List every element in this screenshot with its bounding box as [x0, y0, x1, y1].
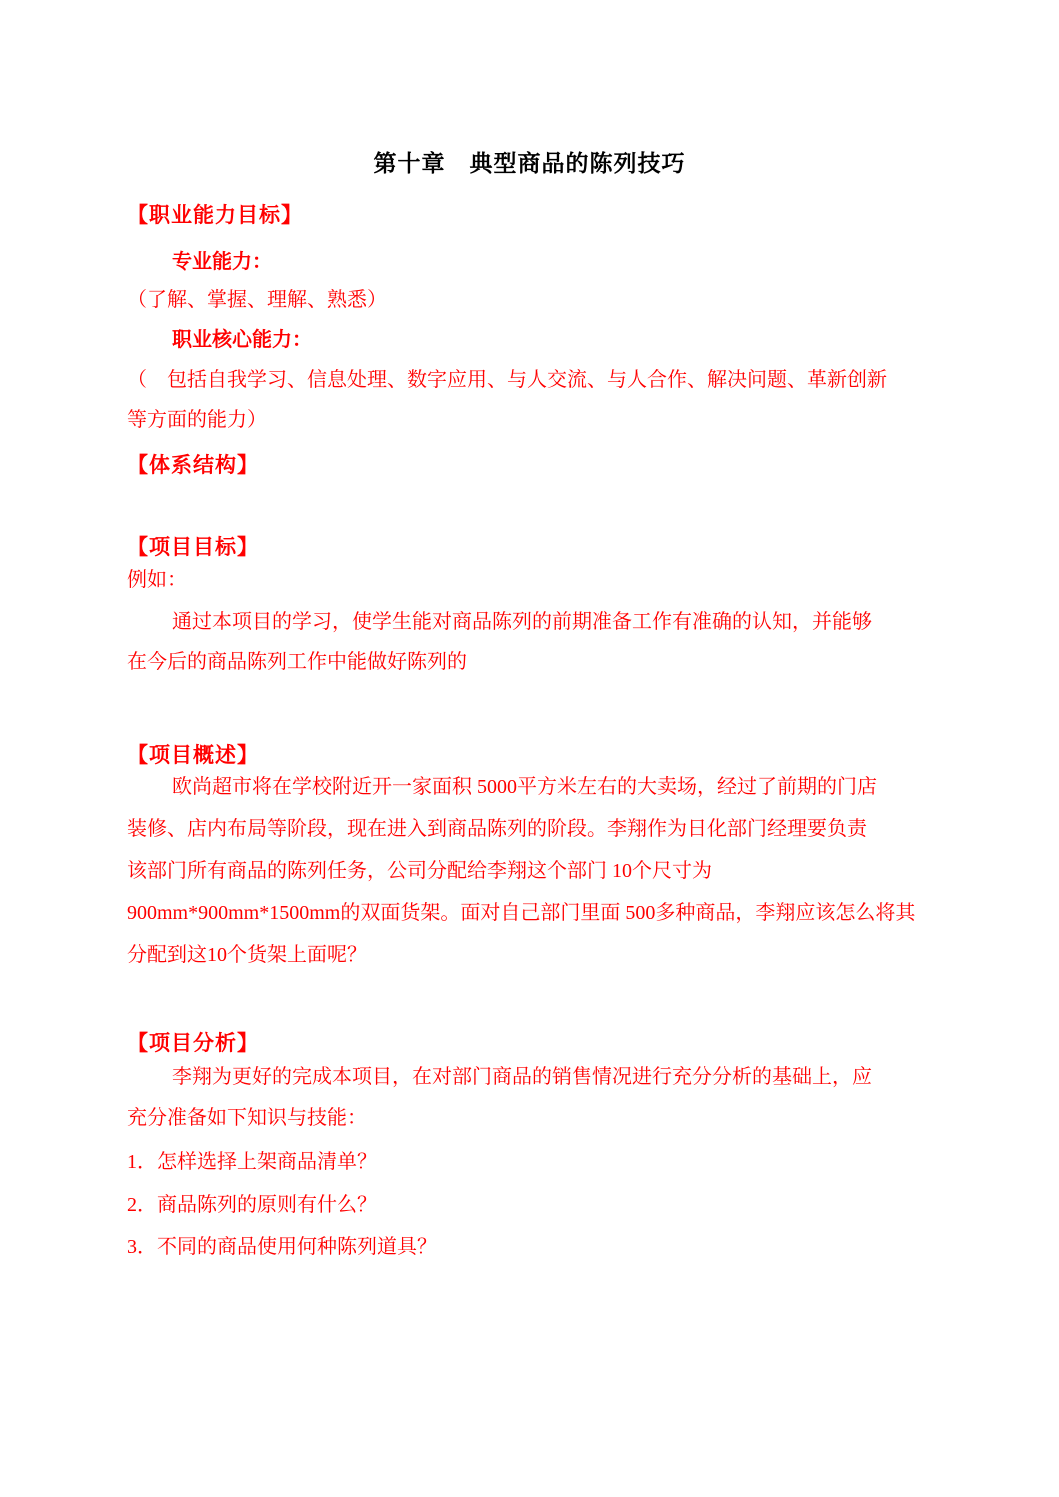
document-page: 第十章 典型商品的陈列技巧 【职业能力目标】 专业能力： （了解、掌握、理解、熟…	[0, 0, 1059, 1497]
text-line: 通过本项目的学习，使学生能对商品陈列的前期准备工作有准确的认知，并能够	[127, 602, 949, 642]
section-heading-vocational-ability: 【职业能力目标】	[127, 195, 949, 235]
list-item-2: 2．商品陈列的原则有什么？	[127, 1185, 949, 1225]
text-line: 装修、店内布局等阶段，现在进入到商品陈列的阶段。李翔作为日化部门经理要负责	[127, 809, 949, 849]
list-item-1: 1．怎样选择上架商品清单？	[127, 1142, 949, 1182]
text-line: 等方面的能力）	[127, 400, 949, 440]
text-line: 充分准备如下知识与技能：	[127, 1098, 949, 1138]
text-line: 李翔为更好的完成本项目，在对部门商品的销售情况进行充分分析的基础上，应	[127, 1057, 949, 1097]
subheading-professional-ability: 专业能力：	[127, 242, 949, 282]
list-item-3: 3．不同的商品使用何种陈列道具？	[127, 1227, 949, 1267]
section-heading-system-structure: 【体系结构】	[127, 445, 949, 485]
text-line: 欧尚超市将在学校附近开一家面积 5000平方米左右的大卖场，经过了前期的门店	[127, 767, 949, 807]
chapter-title: 第十章 典型商品的陈列技巧	[0, 147, 1059, 181]
subheading-core-ability: 职业核心能力：	[127, 320, 949, 360]
text-line: 例如：	[127, 560, 949, 600]
text-line: （了解、掌握、理解、熟悉）	[127, 280, 949, 320]
text-line: 分配到这10个货架上面呢？	[127, 935, 949, 975]
text-line: （ 包括自我学习、信息处理、数字应用、与人交流、与人合作、解决问题、革新创新	[127, 360, 949, 400]
text-line: 该部门所有商品的陈列任务，公司分配给李翔这个部门 10个尺寸为	[127, 851, 949, 891]
text-line: 在今后的商品陈列工作中能做好陈列的	[127, 642, 949, 682]
text-line: 900mm*900mm*1500mm的双面货架。面对自己部门里面 500多种商品…	[127, 893, 949, 933]
